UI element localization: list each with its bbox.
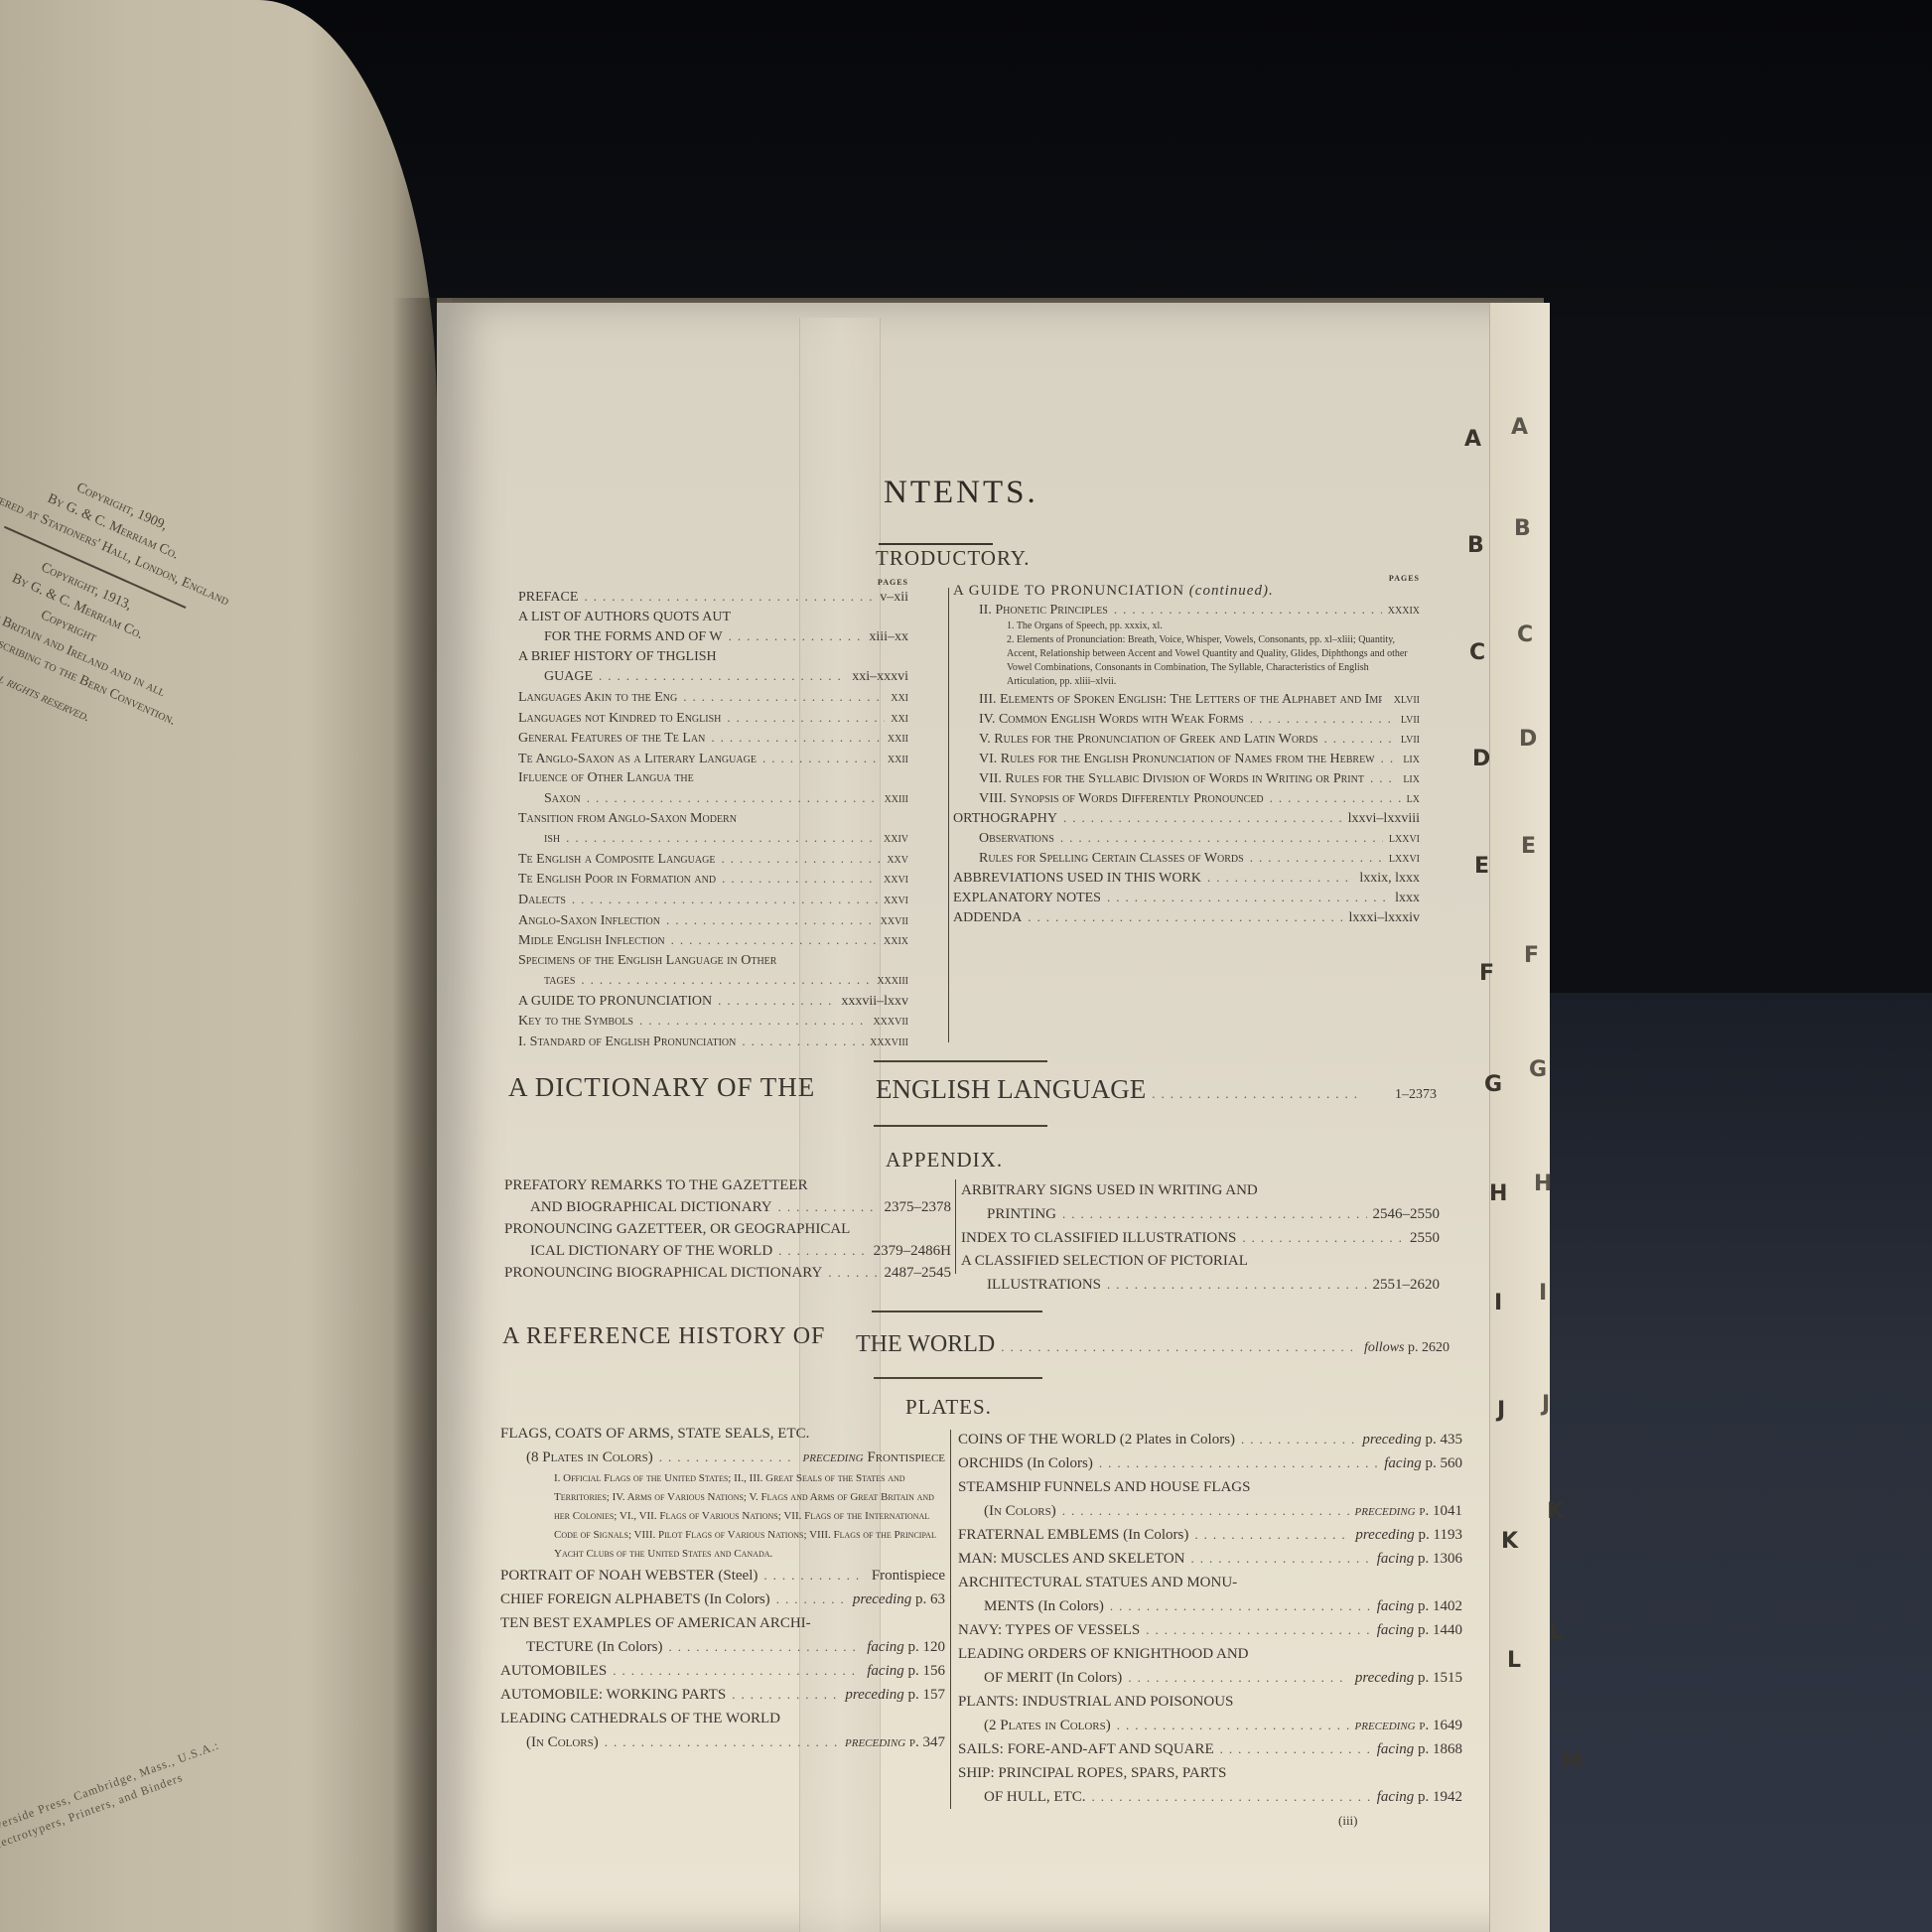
leader-dots: ........................................… [1207,868,1353,887]
toc-entry-page: xxvi [884,891,908,910]
dictionary-entry: ENGLISH LANGUAGE .......................… [876,1074,1437,1105]
leader-dots: ........................................… [566,828,878,848]
page-value: xxi [891,690,908,705]
page-prefix: facing [1377,1551,1415,1567]
toc-list: II. Phonetic Principles.................… [953,600,1420,927]
toc-entry[interactable]: General Features of the Te Lan..........… [518,728,908,749]
toc-entry-label: MAN: MUSCLES AND SKELETON [958,1547,1185,1571]
toc-entry-page: lvii [1401,730,1420,749]
toc-entry-label: ADDENDA [953,908,1022,927]
leader-dots: ........................................… [1001,1339,1358,1355]
toc-entry-label: FLAGS, COATS OF ARMS, STATE SEALS, ETC. [500,1422,809,1446]
toc-entry-label: SHIP: PRINCIPAL ROPES, SPARS, PARTS [958,1761,1226,1785]
toc-entry[interactable]: Rules for Spelling Certain Classes of Wo… [953,848,1420,868]
toc-entry[interactable]: PRONOUNCING BIOGRAPHICAL DICTIONARY.....… [504,1262,951,1284]
toc-entry-label: VII. Rules for the Syllabic Division of … [979,769,1364,788]
leader-dots: ........................................… [1114,600,1382,619]
toc-entry[interactable]: AND BIOGRAPHICAL DICTIONARY.............… [504,1196,951,1218]
toc-entry-label: GUAGE [544,667,593,687]
toc-entry-label: IV. Common English Words with Weak Forms [979,710,1244,729]
toc-entry-page: xxxvii–lxxv [841,992,908,1012]
page-value: xxii [888,731,908,746]
toc-entry-label: (8 Plates in Colors) [526,1446,653,1469]
page-value: lvii [1401,712,1420,727]
leader-dots: ........................................… [776,1587,847,1611]
page-value: xxiv [884,831,908,846]
leader-dots: ........................................… [722,869,878,889]
page-value: lxxix, lxxx [1359,871,1420,886]
page-value: xxxvii–lxxv [841,994,908,1009]
toc-entry[interactable]: EXPLANATORY NOTES.......................… [953,888,1420,907]
toc-entry-label: Languages Akin to the Eng [518,688,677,708]
guide-heading: A GUIDE TO PRONUNCIATION (continued). [953,583,1420,600]
toc-entry[interactable]: (In Colors).............................… [958,1499,1462,1523]
page-value: p. 156 [908,1663,946,1679]
plates-left-column: FLAGS, COATS OF ARMS, STATE SEALS, ETC.(… [500,1422,945,1754]
toc-entry-page: preceding p. 435 [1362,1428,1462,1451]
toc-entry-label: AND BIOGRAPHICAL DICTIONARY [530,1196,772,1218]
toc-entry-label: ORTHOGRAPHY [953,809,1057,828]
leader-dots: ........................................… [1250,709,1395,728]
page-value: xxxiii [877,973,908,988]
toc-entry[interactable]: A GUIDE TO PRONUNCIATION................… [518,991,908,1012]
page-value: xxiii [885,791,908,806]
reference-history-fragment: A REFERENCE HISTORY OF [502,1323,825,1350]
page-value: xxvi [884,893,908,907]
toc-entry-page: lxxxi–lxxxiv [1348,908,1420,927]
leader-dots: ........................................… [1028,907,1342,926]
toc-entry[interactable]: GUAGE...................................… [518,666,908,687]
toc-entry-page: lx [1407,789,1420,808]
leader-dots: ........................................… [671,930,878,950]
toc-entry[interactable]: PREFACE.................................… [518,587,908,608]
thumb-tab-k[interactable]: K [1547,1499,1564,1524]
toc-entry-label: 2. Elements of Pronunciation: Breath, Vo… [1007,634,1408,687]
page-value: p. 1440 [1418,1622,1462,1638]
page-value: lx [1407,791,1420,806]
page-prefix: facing [1377,1789,1415,1805]
toc-entry-page: xxvi [884,870,908,890]
page-value: xxvi [884,872,908,887]
toc-entry-page: xxxiii [877,971,908,991]
toc-entry[interactable]: Te English Poor in Formation and........… [518,869,908,890]
leader-dots: ........................................… [732,1683,839,1707]
divider [874,1060,1047,1062]
toc-entry[interactable]: ARBITRARY SIGNS USED IN WRITING AND [961,1179,1440,1202]
page-value: p. 157 [908,1687,946,1703]
introductory-left-column: PAGES PREFACE...........................… [518,578,908,1052]
thumb-tab-d[interactable]: D [1519,727,1537,752]
toc-entry[interactable]: COINS OF THE WORLD (2 Plates in Colors).… [958,1428,1462,1451]
toc-entry[interactable]: ORTHOGRAPHY.............................… [953,808,1420,828]
toc-entry[interactable]: STEAMSHIP FUNNELS AND HOUSE FLAGS [958,1475,1462,1499]
page-prefix: preceding [1362,1432,1421,1448]
page-title: NTENTS. [884,475,1038,511]
toc-entry-label: A LIST OF AUTHORS QUOTS AUT [518,608,731,627]
toc-entry[interactable]: OF MERIT (In Colors)....................… [958,1666,1462,1690]
toc-entry[interactable]: II. Phonetic Principles.................… [953,600,1420,620]
page-value: lxxxi–lxxxiv [1348,910,1420,925]
toc-entry-label: A BRIEF HISTORY OF THGLISH [518,647,717,667]
page-value: p. 1402 [1418,1598,1462,1614]
leader-dots: ........................................… [668,1635,861,1659]
toc-entry-page: facing p. 560 [1384,1451,1462,1475]
toc-entry[interactable]: MENTS (In Colors).......................… [958,1594,1462,1618]
toc-entry-page: xxxvii [873,1012,908,1032]
leader-dots: ........................................… [1062,1202,1367,1225]
toc-entry[interactable]: CHIEF FOREIGN ALPHABETS (In Colors).....… [500,1587,945,1611]
page-value: xxix [884,933,908,948]
thumb-tab-g[interactable]: G [1484,1072,1502,1097]
toc-entry[interactable]: VIII. Synopsis of Words Differently Pron… [953,788,1420,808]
toc-entry-label: Midle English Inflection [518,931,665,951]
toc-entry-label: Te English Poor in Formation and [518,870,716,890]
leader-dots: ........................................… [1270,788,1401,807]
toc-entry-page: 1–2373 [1395,1087,1437,1103]
thumb-tab-f[interactable]: F [1479,961,1494,986]
thumb-tab-i[interactable]: I [1494,1291,1502,1315]
page-value: xxi [891,711,908,726]
toc-entry-page: facing p. 1942 [1377,1785,1462,1809]
leader-dots: ........................................… [778,1240,867,1262]
appendix-right-column: ARBITRARY SIGNS USED IN WRITING ANDPRINT… [961,1179,1440,1297]
toc-entry-label: STEAMSHIP FUNNELS AND HOUSE FLAGS [958,1475,1251,1499]
thumb-tab-c[interactable]: C [1517,622,1533,647]
toc-entry-label: AUTOMOBILES [500,1659,607,1683]
leader-dots: ........................................… [1107,888,1389,906]
leader-dots: ........................................… [1107,1273,1367,1296]
page-value: 2375–2378 [885,1199,952,1215]
toc-entry[interactable]: PLANTS: INDUSTRIAL AND POISONOUS [958,1690,1462,1714]
toc-entry-label: SAILS: FORE-AND-AFT AND SQUARE [958,1737,1214,1761]
page-value: xxxviii [870,1035,908,1049]
page-prefix: preceding [1355,1670,1414,1686]
toc-entry-page: lxxvi–lxxviii [1348,809,1420,828]
toc-entry-label: Te English a Composite Language [518,850,715,870]
toc-entry[interactable]: ARCHITECTURAL STATUES AND MONU- [958,1571,1462,1594]
toc-entry[interactable]: PRINTING................................… [961,1202,1440,1226]
page-value: xxii [888,752,908,766]
toc-entry-page: lvii [1401,710,1420,729]
toc-entry[interactable]: A LIST OF AUTHORS QUOTS AUT [518,608,908,627]
toc-entry[interactable]: OF HULL, ETC............................… [958,1785,1462,1809]
toc-entry-page: 2375–2378 [885,1196,952,1218]
thumb-tab-l[interactable]: L [1507,1648,1521,1673]
toc-entry-page: facing p. 1868 [1377,1737,1462,1761]
toc-entry-page: xxii [888,729,908,749]
page-value: 2550 [1410,1230,1440,1246]
toc-entry-label: OF HULL, ETC. [984,1785,1086,1809]
toc-entry-page: xxiii [885,789,908,809]
toc-entry[interactable]: Observations............................… [953,828,1420,848]
toc-entry[interactable]: V. Rules for the Pronunciation of Greek … [953,729,1420,749]
toc-entry-page: 2551–2620 [1373,1274,1441,1297]
thumb-tab-b[interactable]: B [1514,516,1531,541]
thumb-tab-a[interactable]: A [1511,415,1528,440]
toc-entry-label: Observations [979,829,1054,848]
toc-entry[interactable]: Dalects.................................… [518,890,908,910]
thumb-tab-l[interactable]: L [1549,1620,1563,1645]
toc-entry[interactable]: Key to the Symbols......................… [518,1011,908,1032]
page-value: lxxx [1395,891,1420,905]
toc-entry-page: preceding p. 1193 [1355,1523,1462,1547]
pages-label: PAGES [518,578,908,587]
page-value: xlvii [1394,692,1420,707]
leader-dots: ........................................… [828,1262,878,1284]
toc-entry[interactable]: INDEX TO CLASSIFIED ILLUSTRATIONS.......… [961,1226,1440,1250]
toc-entry-label: ish [544,829,560,849]
leader-dots: ........................................… [1063,808,1342,827]
page-value: 2487–2545 [885,1265,952,1281]
page-value: p. 1649 [1419,1718,1462,1733]
thumb-tab-a[interactable]: A [1464,427,1481,452]
toc-entry-page: facing p. 1306 [1377,1547,1462,1571]
divider [872,1311,1042,1312]
toc-entry-page: xxxviii [870,1033,908,1052]
toc-entry[interactable]: Te Anglo-Saxon as a Literary Language...… [518,749,908,769]
thumb-tab-b[interactable]: B [1467,533,1484,558]
toc-entry[interactable]: (8 Plates in Colors)....................… [500,1446,945,1469]
toc-entry-label: ICAL DICTIONARY OF THE WORLD [530,1240,772,1262]
toc-entry-page: lix [1403,769,1420,788]
leader-dots: ........................................… [599,666,846,686]
toc-entry[interactable]: FOR THE FORMS AND OF W..................… [518,626,908,647]
pages-label: PAGES [953,574,1420,583]
leader-dots: ........................................… [1062,1499,1349,1523]
leader-dots: ........................................… [1250,848,1383,867]
toc-entry[interactable]: ADDENDA.................................… [953,907,1420,927]
leader-dots: ........................................… [683,687,885,707]
page-prefix: preceding [853,1591,911,1607]
toc-entry[interactable]: I. Standard of English Pronunciation....… [518,1032,908,1052]
toc-entry[interactable]: 1. The Organs of Speech, pp. xxxix, xl. [953,620,1420,633]
toc-entry-label: ARBITRARY SIGNS USED IN WRITING AND [961,1179,1258,1202]
toc-entry-page: preceding p. 347 [845,1730,945,1754]
divider [874,1125,1047,1127]
toc-entry[interactable]: FLAGS, COATS OF ARMS, STATE SEALS, ETC. [500,1422,945,1446]
thumb-tab-j[interactable]: J [1542,1392,1550,1417]
page-value: p. 1193 [1419,1527,1462,1543]
toc-entry[interactable]: Specimens of the English Language in Oth… [518,951,908,971]
toc-entry[interactable]: A CLASSIFIED SELECTION OF PICTORIAL [961,1250,1440,1273]
page-prefix: facing [867,1663,904,1679]
column-divider [948,588,949,1042]
toc-entry[interactable]: SAILS: FORE-AND-AFT AND SQUARE..........… [958,1737,1462,1761]
toc-entry[interactable]: PREFATORY REMARKS TO THE GAZETTEER [504,1174,951,1196]
toc-entry-label: Specimens of the English Language in Oth… [518,951,776,971]
toc-entry[interactable]: TECTURE (In Colors).....................… [500,1635,945,1659]
page-value: Frontispiece [872,1568,945,1584]
toc-entry-page: preceding p. 63 [853,1587,945,1611]
thumb-tab-e[interactable]: E [1521,834,1536,859]
leader-dots: ........................................… [659,1446,797,1469]
page-value: p. 435 [1426,1432,1463,1448]
toc-entry-label: LEADING CATHEDRALS OF THE WORLD [500,1707,780,1730]
toc-entry-page: 2550 [1410,1227,1440,1250]
toc-entry[interactable]: III. Elements of Spoken English: The Let… [953,689,1420,709]
leader-dots: ........................................… [581,970,871,990]
toc-entry[interactable]: PORTRAIT OF NOAH WEBSTER (Steel)........… [500,1564,945,1587]
toc-entry[interactable]: Midle English Inflection................… [518,930,908,951]
page-value: 2379–2486H [874,1243,951,1259]
toc-entry-label: Key to the Symbols [518,1012,633,1032]
guide-heading-text: A GUIDE TO PRONUNCIATION [953,583,1184,599]
section-introductory-heading: TRODUCTORY. [876,546,1031,571]
toc-entry-page: Frontispiece [872,1564,945,1587]
toc-entry-label: (In Colors) [526,1730,599,1754]
toc-entry[interactable]: ish.....................................… [518,828,908,849]
leader-dots: ....................... [1152,1086,1389,1102]
leader-dots: ........................................… [666,910,875,930]
leader-dots: ........................................… [1092,1785,1371,1809]
thumb-tab-h[interactable]: H [1534,1172,1552,1196]
toc-entry-page: lxxix, lxxx [1359,869,1420,888]
toc-entry-label: 1. The Organs of Speech, pp. xxxix, xl. [1007,621,1163,631]
toc-entry[interactable]: LEADING ORDERS OF KNIGHTHOOD AND [958,1642,1462,1666]
toc-entry[interactable]: Saxon...................................… [518,788,908,809]
toc-entry-label: Rules for Spelling Certain Classes of Wo… [979,849,1244,868]
leader-dots: ........................................… [1242,1226,1404,1249]
toc-entry-label: III. Elements of Spoken English: The Let… [979,690,1382,709]
page-value: xxv [887,852,908,867]
toc-entry[interactable]: PRONOUNCING GAZETTEER, OR GEOGRAPHICAL [504,1218,951,1240]
toc-entry[interactable]: IV. Common English Words with Weak Forms… [953,709,1420,729]
toc-entry[interactable]: ILLUSTRATIONS...........................… [961,1273,1440,1297]
page-prefix: preceding [1355,1718,1416,1733]
page-prefix: facing [1384,1455,1422,1471]
toc-entry[interactable]: I. Official Flags of the United States; … [500,1469,945,1564]
toc-entry[interactable]: NAVY: TYPES OF VESSELS..................… [958,1618,1462,1642]
introductory-right-column: PAGES A GUIDE TO PRONUNCIATION (continue… [953,574,1420,927]
page-value: xxvii [881,913,908,928]
leader-dots: ........................................… [613,1659,861,1683]
toc-entry-label: PRINTING [987,1203,1056,1226]
thumb-tab-f[interactable]: F [1524,943,1539,968]
toc-entry[interactable]: TEN BEST EXAMPLES OF AMERICAN ARCHI- [500,1611,945,1635]
thumb-tab-c[interactable]: C [1469,640,1485,665]
page-value: p. 347 [909,1734,945,1750]
thumb-tab-j[interactable]: J [1497,1398,1505,1423]
thumb-tab-g[interactable]: G [1529,1057,1547,1082]
toc-entry-page: facing p. 120 [867,1635,945,1659]
toc-entry[interactable]: LEADING CATHEDRALS OF THE WORLD [500,1707,945,1730]
toc-entry-page: preceding p. 1041 [1355,1499,1462,1523]
leader-dots: ........................................… [1110,1594,1371,1618]
appendix-left-column: PREFATORY REMARKS TO THE GAZETTEERAND BI… [504,1174,951,1284]
leader-dots: ........................................… [721,849,881,869]
toc-entry-page: 2379–2486H [874,1240,951,1262]
toc-entry[interactable]: A BRIEF HISTORY OF THGLISH [518,647,908,667]
toc-entry-label: INDEX TO CLASSIFIED ILLUSTRATIONS [961,1227,1236,1250]
leader-dots: ........................................… [639,1011,867,1031]
toc-entry-page: lxxvi [1389,849,1420,868]
page-prefix: preceding [845,1687,903,1703]
toc-entry-label: LEADING ORDERS OF KNIGHTHOOD AND [958,1642,1249,1666]
toc-entry-label: I. Official Flags of the United States; … [554,1472,936,1560]
page-value: lxxvi [1389,831,1420,846]
page-value: p. 1868 [1418,1741,1462,1757]
toc-entry[interactable]: Languages Akin to the Eng...............… [518,687,908,708]
toc-entry-page: facing p. 1440 [1377,1618,1462,1642]
toc-entry-page: preceding Frontispiece [803,1446,945,1469]
toc-entry[interactable]: Te English a Composite Language.........… [518,849,908,870]
page-value: lix [1403,771,1420,786]
toc-entry[interactable]: Languages not Kindred to English........… [518,708,908,729]
toc-entry[interactable]: ORCHIDS (In Colors).....................… [958,1451,1462,1475]
thumb-tab-m[interactable]: M [1561,1749,1583,1774]
thumb-tab-e[interactable]: E [1474,854,1489,879]
leader-dots: ........................................… [727,708,885,728]
toc-entry-label: NAVY: TYPES OF VESSELS [958,1618,1140,1642]
toc-entry[interactable]: FRATERNAL EMBLEMS (In Colors)...........… [958,1523,1462,1547]
leader-dots: ........................................… [572,890,878,909]
toc-entry-label: (2 Plates in Colors) [984,1714,1111,1737]
toc-entry-label: ORCHIDS (In Colors) [958,1451,1093,1475]
toc-entry-page: p. 2620 [1408,1340,1449,1355]
toc-entry[interactable]: Ifluence of Other Langua the [518,768,908,788]
reference-history-entry: THE WORLD ..............................… [856,1331,1449,1358]
thumb-tab-h[interactable]: H [1489,1181,1507,1206]
leader-dots: ........................................… [1099,1451,1378,1475]
toc-entry-label: Languages not Kindred to English [518,709,721,729]
toc-entry[interactable]: ICAL DICTIONARY OF THE WORLD............… [504,1240,951,1262]
toc-entry[interactable]: ENGLISH LANGUAGE .......................… [876,1074,1437,1105]
page-prefix: preceding [845,1734,905,1750]
page-value: 2546–2550 [1373,1206,1441,1222]
toc-entry-label: General Features of the Te Lan [518,729,705,749]
thumb-tab-k[interactable]: K [1501,1529,1518,1554]
toc-entry[interactable]: Anglo-Saxon Inflection..................… [518,910,908,931]
toc-entry[interactable]: AUTOMOBILE: WORKING PARTS...............… [500,1683,945,1707]
toc-entry-label: Ifluence of Other Langua the [518,768,694,788]
leader-dots: ........................................… [1060,828,1383,847]
toc-entry-page: facing p. 156 [867,1659,945,1683]
toc-entry-label: A CLASSIFIED SELECTION OF PICTORIAL [961,1250,1248,1273]
toc-entry[interactable]: (2 Plates in Colors)....................… [958,1714,1462,1737]
toc-entry[interactable]: 2. Elements of Pronunciation: Breath, Vo… [953,633,1420,689]
column-divider [955,1179,956,1274]
toc-entry[interactable]: THE WORLD ..............................… [856,1331,1449,1358]
toc-entry[interactable]: ABBREVIATIONS USED IN THIS WORK.........… [953,868,1420,888]
toc-entry-label: I. Standard of English Pronunciation [518,1033,736,1052]
page-value: p. 63 [915,1591,945,1607]
toc-entry-label: THE WORLD [856,1331,995,1358]
toc-entry-page: lxxx [1395,889,1420,907]
toc-entry-page: preceding p. 157 [845,1683,945,1707]
toc-entry-page: xxix [884,931,908,951]
leader-dots: ........................................… [1194,1523,1349,1547]
toc-entry[interactable]: SHIP: PRINCIPAL ROPES, SPARS, PARTS [958,1761,1462,1785]
page-value: p. 120 [908,1639,946,1655]
toc-entry[interactable]: VII. Rules for the Syllabic Division of … [953,768,1420,788]
toc-entry[interactable]: tages...................................… [518,970,908,991]
toc-entry-label: Tansition from Anglo-Saxon Modern [518,809,737,829]
thumb-tab-d[interactable]: D [1472,747,1490,771]
toc-entry-page: xxvii [881,911,908,931]
toc-entry-page: xlvii [1394,690,1420,709]
toc-entry[interactable]: (In Colors).............................… [500,1730,945,1754]
page-value: Frontispiece [867,1449,945,1465]
toc-entry[interactable]: Tansition from Anglo-Saxon Modern [518,809,908,829]
toc-entry-label: ABBREVIATIONS USED IN THIS WORK [953,869,1201,888]
toc-entry-label: PORTRAIT OF NOAH WEBSTER (Steel) [500,1564,758,1587]
thumb-tab-i[interactable]: I [1539,1281,1547,1306]
toc-entry[interactable]: VI. Rules for the English Pronunciation … [953,749,1420,768]
toc-entry[interactable]: MAN: MUSCLES AND SKELETON...............… [958,1547,1462,1571]
dictionary-heading-fragment: A DICTIONARY OF THE [508,1072,815,1103]
leader-dots: ........................................… [1241,1428,1356,1451]
toc-entry[interactable]: AUTOMOBILES.............................… [500,1659,945,1683]
